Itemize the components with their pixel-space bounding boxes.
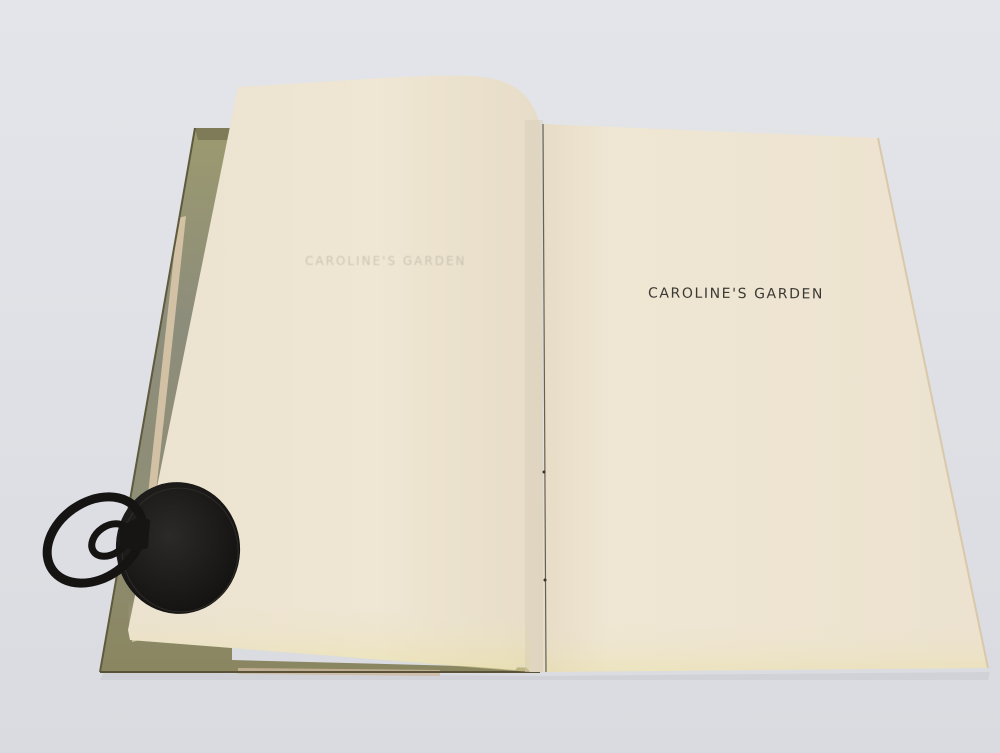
photo-scene: CAROLINE'S GARDEN CAROLINE'S GARDEN <box>0 0 1000 753</box>
book-illustration <box>0 0 1000 753</box>
right-page <box>543 124 989 672</box>
book-title: CAROLINE'S GARDEN <box>648 286 824 303</box>
bleed-through-text: CAROLINE'S GARDEN <box>305 254 467 268</box>
